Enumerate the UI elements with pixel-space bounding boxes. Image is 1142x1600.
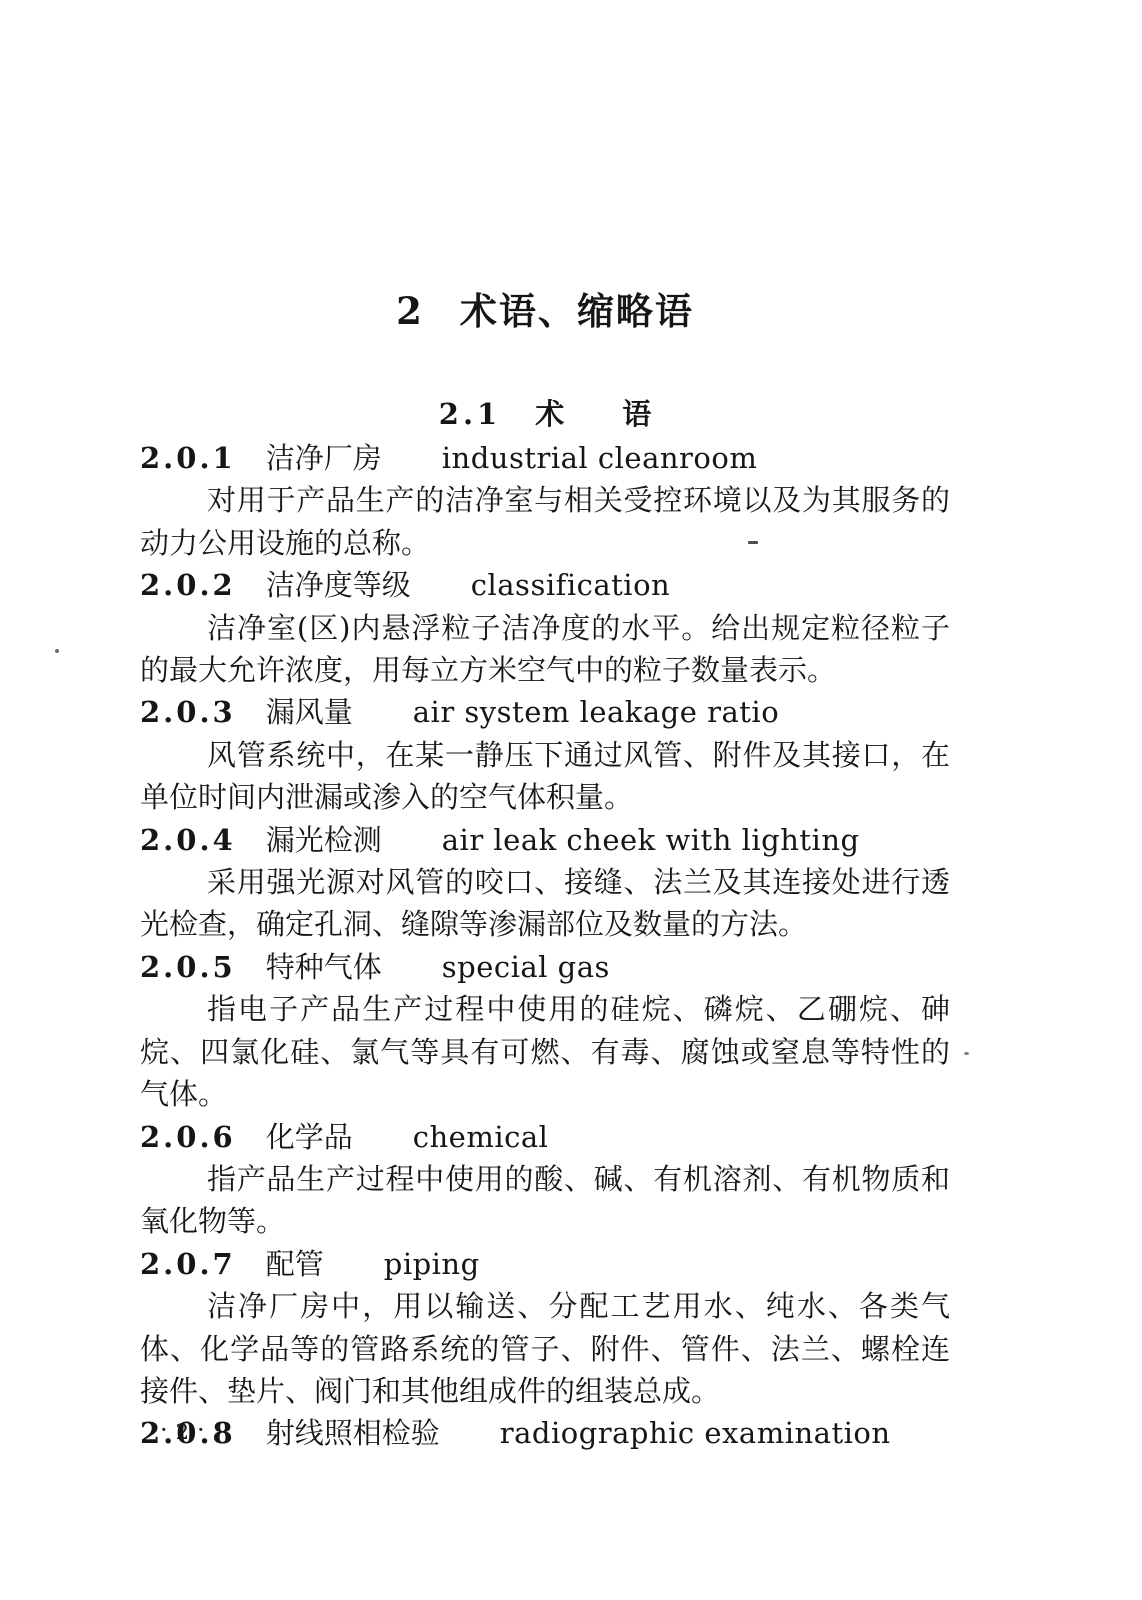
term-definition: 风管系统中，在某一静压下通过风管、附件及其接口，在单位时间内泄漏或渗入的空气体积…	[140, 734, 950, 819]
term-heading: 2.0.1洁净厂房industrial cleanroom	[140, 437, 950, 479]
term-chinese: 漏光检测	[266, 823, 382, 857]
chapter-title: 2术语、缩略语	[140, 281, 950, 335]
term-heading: 2.0.8射线照相检验radiographic examination	[140, 1412, 950, 1454]
term-english: special gas	[442, 950, 610, 984]
chapter-number: 2	[396, 289, 424, 333]
term-chinese: 特种气体	[266, 950, 382, 984]
term-english: chemical	[413, 1120, 549, 1154]
scan-artifact-dot	[55, 649, 59, 653]
term-heading: 2.0.7配管piping	[140, 1243, 950, 1285]
term-chinese: 化学品	[266, 1120, 353, 1154]
term-definition: 采用强光源对风管的咬口、接缝、法兰及其连接处进行透光检查，确定孔洞、缝隙等渗漏部…	[140, 861, 950, 946]
term-english: piping	[384, 1247, 480, 1281]
section-name: 术 语	[535, 397, 651, 431]
term-definition: 洁净厂房中，用以输送、分配工艺用水、纯水、各类气体、化学品等的管路系统的管子、附…	[140, 1285, 950, 1412]
terms-list: 2.0.1洁净厂房industrial cleanroom 对用于产品生产的洁净…	[140, 437, 950, 1455]
scan-artifact-dash	[748, 541, 758, 544]
term-english: classification	[471, 568, 670, 602]
term-section: 2.0.4漏光检测air leak cheek with lighting 采用…	[140, 819, 950, 946]
term-definition: 洁净室(区)内悬浮粒子洁净度的水平。给出规定粒径粒子的最大允许浓度，用每立方米空…	[140, 607, 950, 692]
term-number: 2.0.4	[140, 823, 236, 857]
term-section: 2.0.1洁净厂房industrial cleanroom 对用于产品生产的洁净…	[140, 437, 950, 564]
term-section: 2.0.8射线照相检验radiographic examination	[140, 1412, 950, 1454]
term-heading: 2.0.5特种气体special gas	[140, 946, 950, 988]
term-section: 2.0.2洁净度等级classification 洁净室(区)内悬浮粒子洁净度的…	[140, 564, 950, 691]
term-section: 2.0.6化学品chemical 指产品生产过程中使用的酸、碱、有机溶剂、有机物…	[140, 1116, 950, 1243]
term-definition: 指电子产品生产过程中使用的硅烷、磷烷、乙硼烷、砷烷、四氯化硅、氯气等具有可燃、有…	[140, 988, 950, 1115]
term-chinese: 洁净度等级	[266, 568, 411, 602]
page-number-right-dot: ·	[197, 1416, 205, 1444]
term-chinese: 配管	[266, 1247, 324, 1281]
term-number: 2.0.1	[140, 441, 236, 475]
section-number: 2.1	[439, 397, 501, 431]
page-number: ·2·	[160, 1416, 205, 1444]
term-english: air leak cheek with lighting	[442, 823, 860, 857]
scan-artifact-dot	[964, 1052, 969, 1055]
term-number: 2.0.3	[140, 695, 236, 729]
section-heading: 2.1术 语	[140, 392, 950, 433]
term-heading: 2.0.3漏风量air system leakage ratio	[140, 691, 950, 733]
term-chinese: 漏风量	[266, 695, 353, 729]
document-page: { "document": { "chapter": { "number": "…	[0, 0, 1142, 1600]
term-number: 2.0.2	[140, 568, 236, 602]
page-number-left-dot: ·	[160, 1416, 168, 1444]
term-section: 2.0.3漏风量air system leakage ratio 风管系统中，在…	[140, 691, 950, 818]
term-number: 2.0.7	[140, 1247, 236, 1281]
term-definition: 对用于产品生产的洁净室与相关受控环境以及为其服务的动力公用设施的总称。	[140, 479, 950, 564]
term-chinese: 洁净厂房	[266, 441, 382, 475]
page-number-value: 2	[176, 1420, 189, 1444]
term-heading: 2.0.2洁净度等级classification	[140, 564, 950, 606]
term-number: 2.0.6	[140, 1120, 236, 1154]
term-english: air system leakage ratio	[413, 695, 779, 729]
term-english: radiographic examination	[500, 1416, 891, 1450]
chapter-name: 术语、缩略语	[460, 289, 694, 333]
term-section: 2.0.7配管piping 洁净厂房中，用以输送、分配工艺用水、纯水、各类气体、…	[140, 1243, 950, 1413]
term-heading: 2.0.4漏光检测air leak cheek with lighting	[140, 819, 950, 861]
term-section: 2.0.5特种气体special gas 指电子产品生产过程中使用的硅烷、磷烷、…	[140, 946, 950, 1116]
term-heading: 2.0.6化学品chemical	[140, 1116, 950, 1158]
term-number: 2.0.5	[140, 950, 236, 984]
term-chinese: 射线照相检验	[266, 1416, 440, 1450]
term-definition: 指产品生产过程中使用的酸、碱、有机溶剂、有机物质和氧化物等。	[140, 1158, 950, 1243]
term-english: industrial cleanroom	[442, 441, 758, 475]
